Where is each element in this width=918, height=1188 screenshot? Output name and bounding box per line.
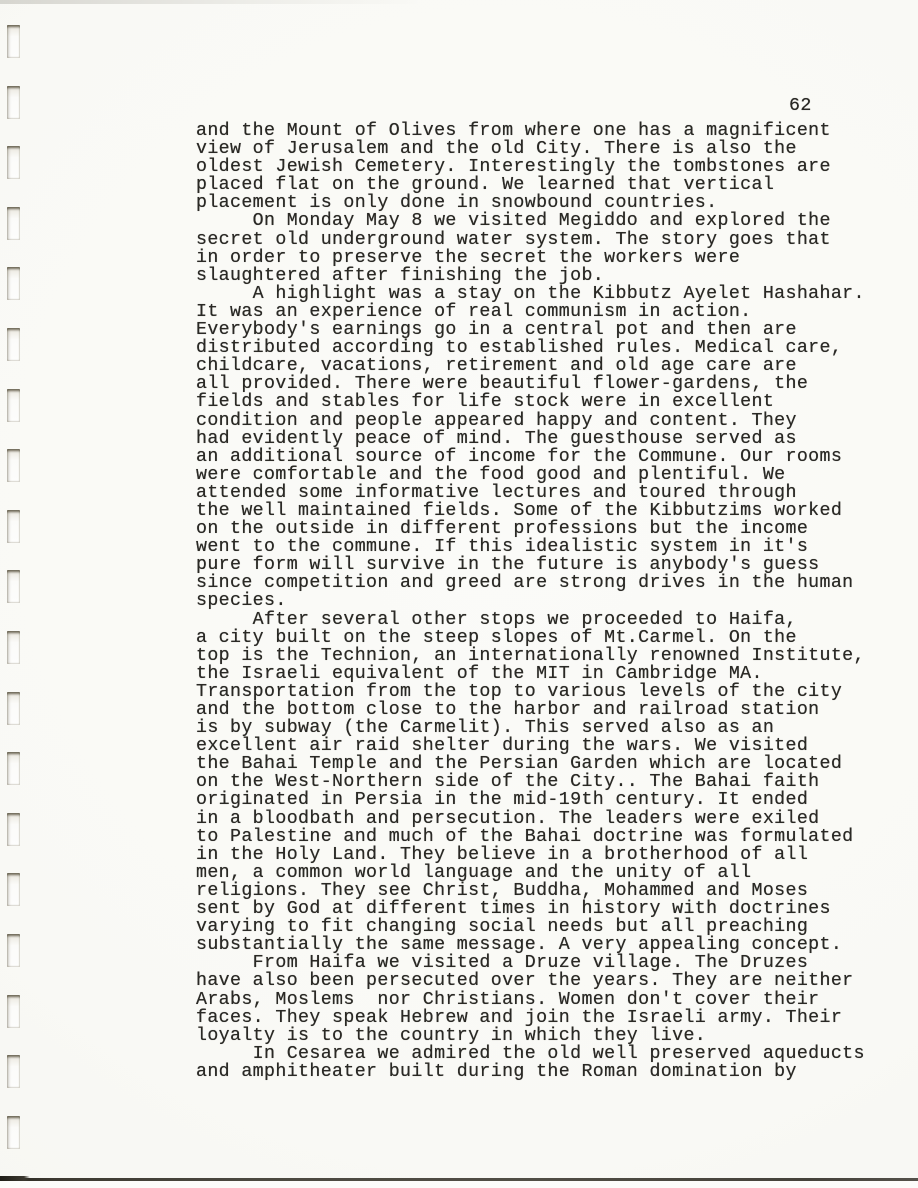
document-text-block: and the Mount of Olives from where one h…	[196, 122, 886, 1081]
binding-hole	[7, 510, 20, 543]
page-number: 62	[789, 97, 812, 115]
paragraph: In Cesarea we admired the old well prese…	[196, 1045, 886, 1081]
binding-hole	[7, 752, 20, 785]
binding-hole	[7, 207, 20, 240]
binding-hole	[7, 146, 20, 179]
scan-below-edge	[0, 1181, 918, 1188]
paragraph: and the Mount of Olives from where one h…	[196, 122, 886, 212]
paragraph: On Monday May 8 we visited Megiddo and e…	[196, 212, 886, 284]
paragraph: From Haifa we visited a Druze village. T…	[196, 954, 886, 1044]
binding-hole	[7, 692, 20, 725]
binding-hole	[7, 25, 20, 58]
binding-hole	[7, 1055, 20, 1088]
paragraph: After several other stops we proceeded t…	[196, 611, 886, 955]
scan-top-smudge	[0, 0, 420, 4]
binding-hole	[7, 389, 20, 422]
binding-hole	[7, 1116, 20, 1149]
binding-holes	[0, 0, 40, 1188]
paragraph: A highlight was a stay on the Kibbutz Ay…	[196, 285, 886, 611]
scanned-document-page: 62 and the Mount of Olives from where on…	[0, 0, 918, 1188]
binding-hole	[7, 570, 20, 603]
binding-hole	[7, 86, 20, 119]
binding-hole	[7, 328, 20, 361]
binding-hole	[7, 813, 20, 846]
binding-hole	[7, 631, 20, 664]
binding-hole	[7, 267, 20, 300]
binding-hole	[7, 873, 20, 906]
binding-hole	[7, 934, 20, 967]
binding-hole	[7, 995, 20, 1028]
binding-hole	[7, 449, 20, 482]
